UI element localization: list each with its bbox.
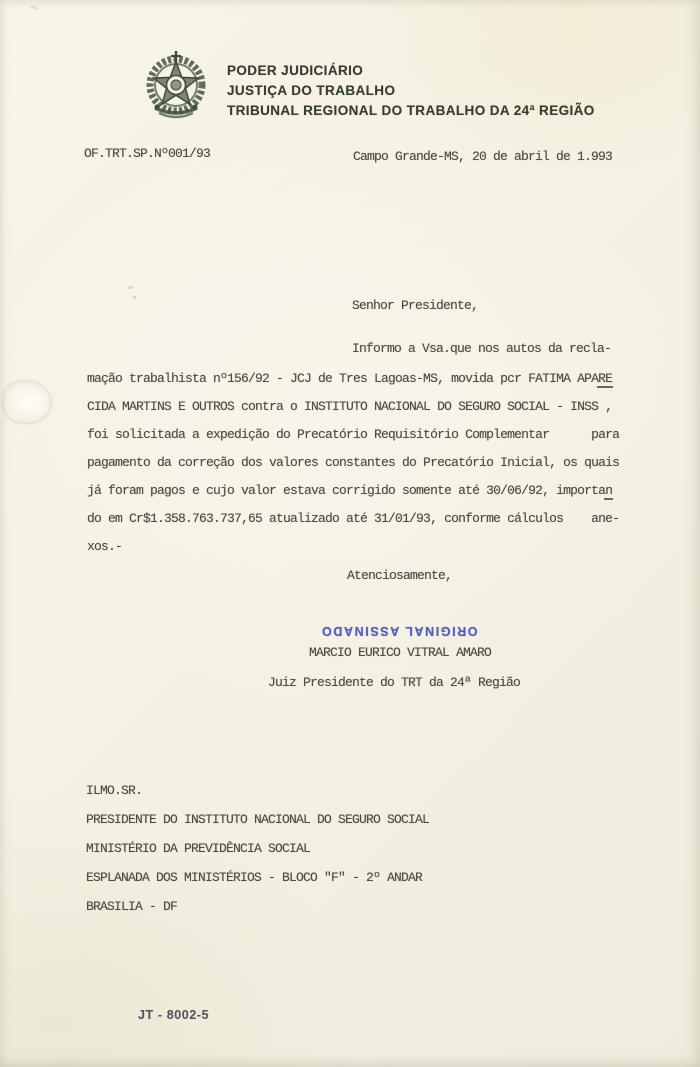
scan-speck [133, 296, 136, 299]
recipient-line-4: ESPLANADA DOS MINISTÉRIOS - BLOCO "F" - … [86, 870, 422, 885]
letterhead-line-2: JUSTIÇA DO TRABALHO [227, 83, 395, 98]
letterhead-line-1: PODER JUDICIÁRIO [227, 63, 363, 78]
recipient-line-2: PRESIDENTE DO INSTITUTO NACIONAL DO SEGU… [86, 812, 429, 827]
letterhead-line-3: TRIBUNAL REGIONAL DO TRABALHO DA 24ª REG… [227, 103, 595, 118]
signer-name: MARCIO EURICO VITRAL AMARO [309, 645, 491, 660]
closing: Atenciosamente, [347, 568, 452, 583]
original-signed-stamp: ORIGINAL ASSINADO [318, 624, 480, 638]
body-line-4: pagamento da correção dos valores consta… [87, 455, 619, 470]
scan-speck [128, 285, 134, 290]
body-opening: Informo a Vsa.que nos autos da recla- [352, 341, 611, 356]
continuation-underline [597, 386, 613, 388]
scan-speck [30, 5, 39, 10]
dateline: Campo Grande-MS, 20 de abril de 1.993 [353, 149, 612, 164]
body-line-3: foi solicitada a expedição do Precatório… [87, 427, 619, 442]
form-number: JT - 8002-5 [138, 1008, 209, 1022]
reference-number: OF.TRT.SP.Nº001/93 [84, 146, 210, 161]
recipient-line-1: ILMO.SR. [86, 783, 142, 798]
body-line-2: CIDA MARTINS E OUTROS contra o INSTITUTO… [87, 399, 612, 414]
body-line-7: xos.- [87, 539, 122, 554]
body-line-5: já foram pagos e cujo valor estava corri… [87, 483, 612, 498]
body-line-1: mação trabalhista nº156/92 - JCJ de Tres… [87, 371, 612, 386]
continuation-underline [604, 498, 613, 500]
letter-page: PODER JUDICIÁRIO JUSTIÇA DO TRABALHO TRI… [0, 0, 700, 1067]
body-line-6: do em Cr$1.358.763.737,65 atualizado até… [87, 511, 619, 526]
recipient-line-3: MINISTÉRIO DA PREVIDÊNCIA SOCIAL [86, 841, 310, 856]
coat-of-arms-icon [143, 50, 209, 124]
scan-smudge [2, 380, 52, 424]
signer-title: Juiz Presidente do TRT da 24ª Região [268, 675, 520, 690]
recipient-line-5: BRASILIA - DF [86, 899, 177, 914]
salutation: Senhor Presidente, [352, 298, 478, 313]
